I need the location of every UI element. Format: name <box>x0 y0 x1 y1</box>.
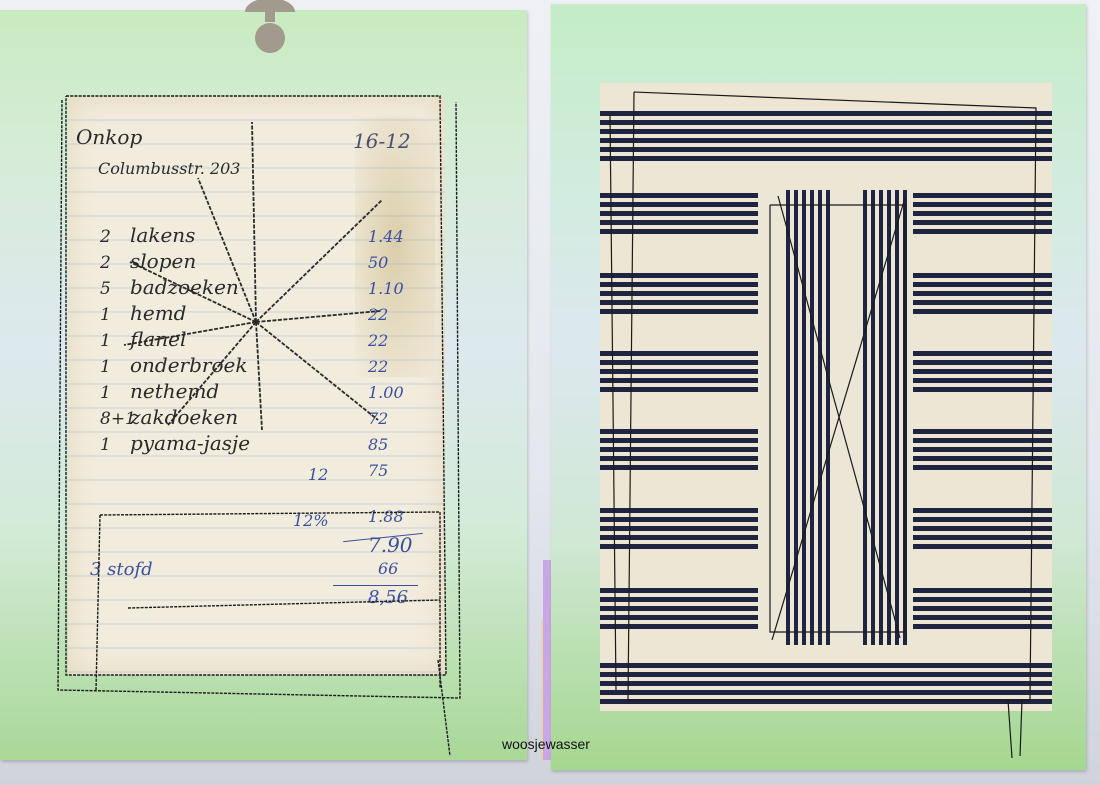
stitching-right <box>0 0 1100 785</box>
watermark-text: woosjewasser <box>502 736 590 752</box>
